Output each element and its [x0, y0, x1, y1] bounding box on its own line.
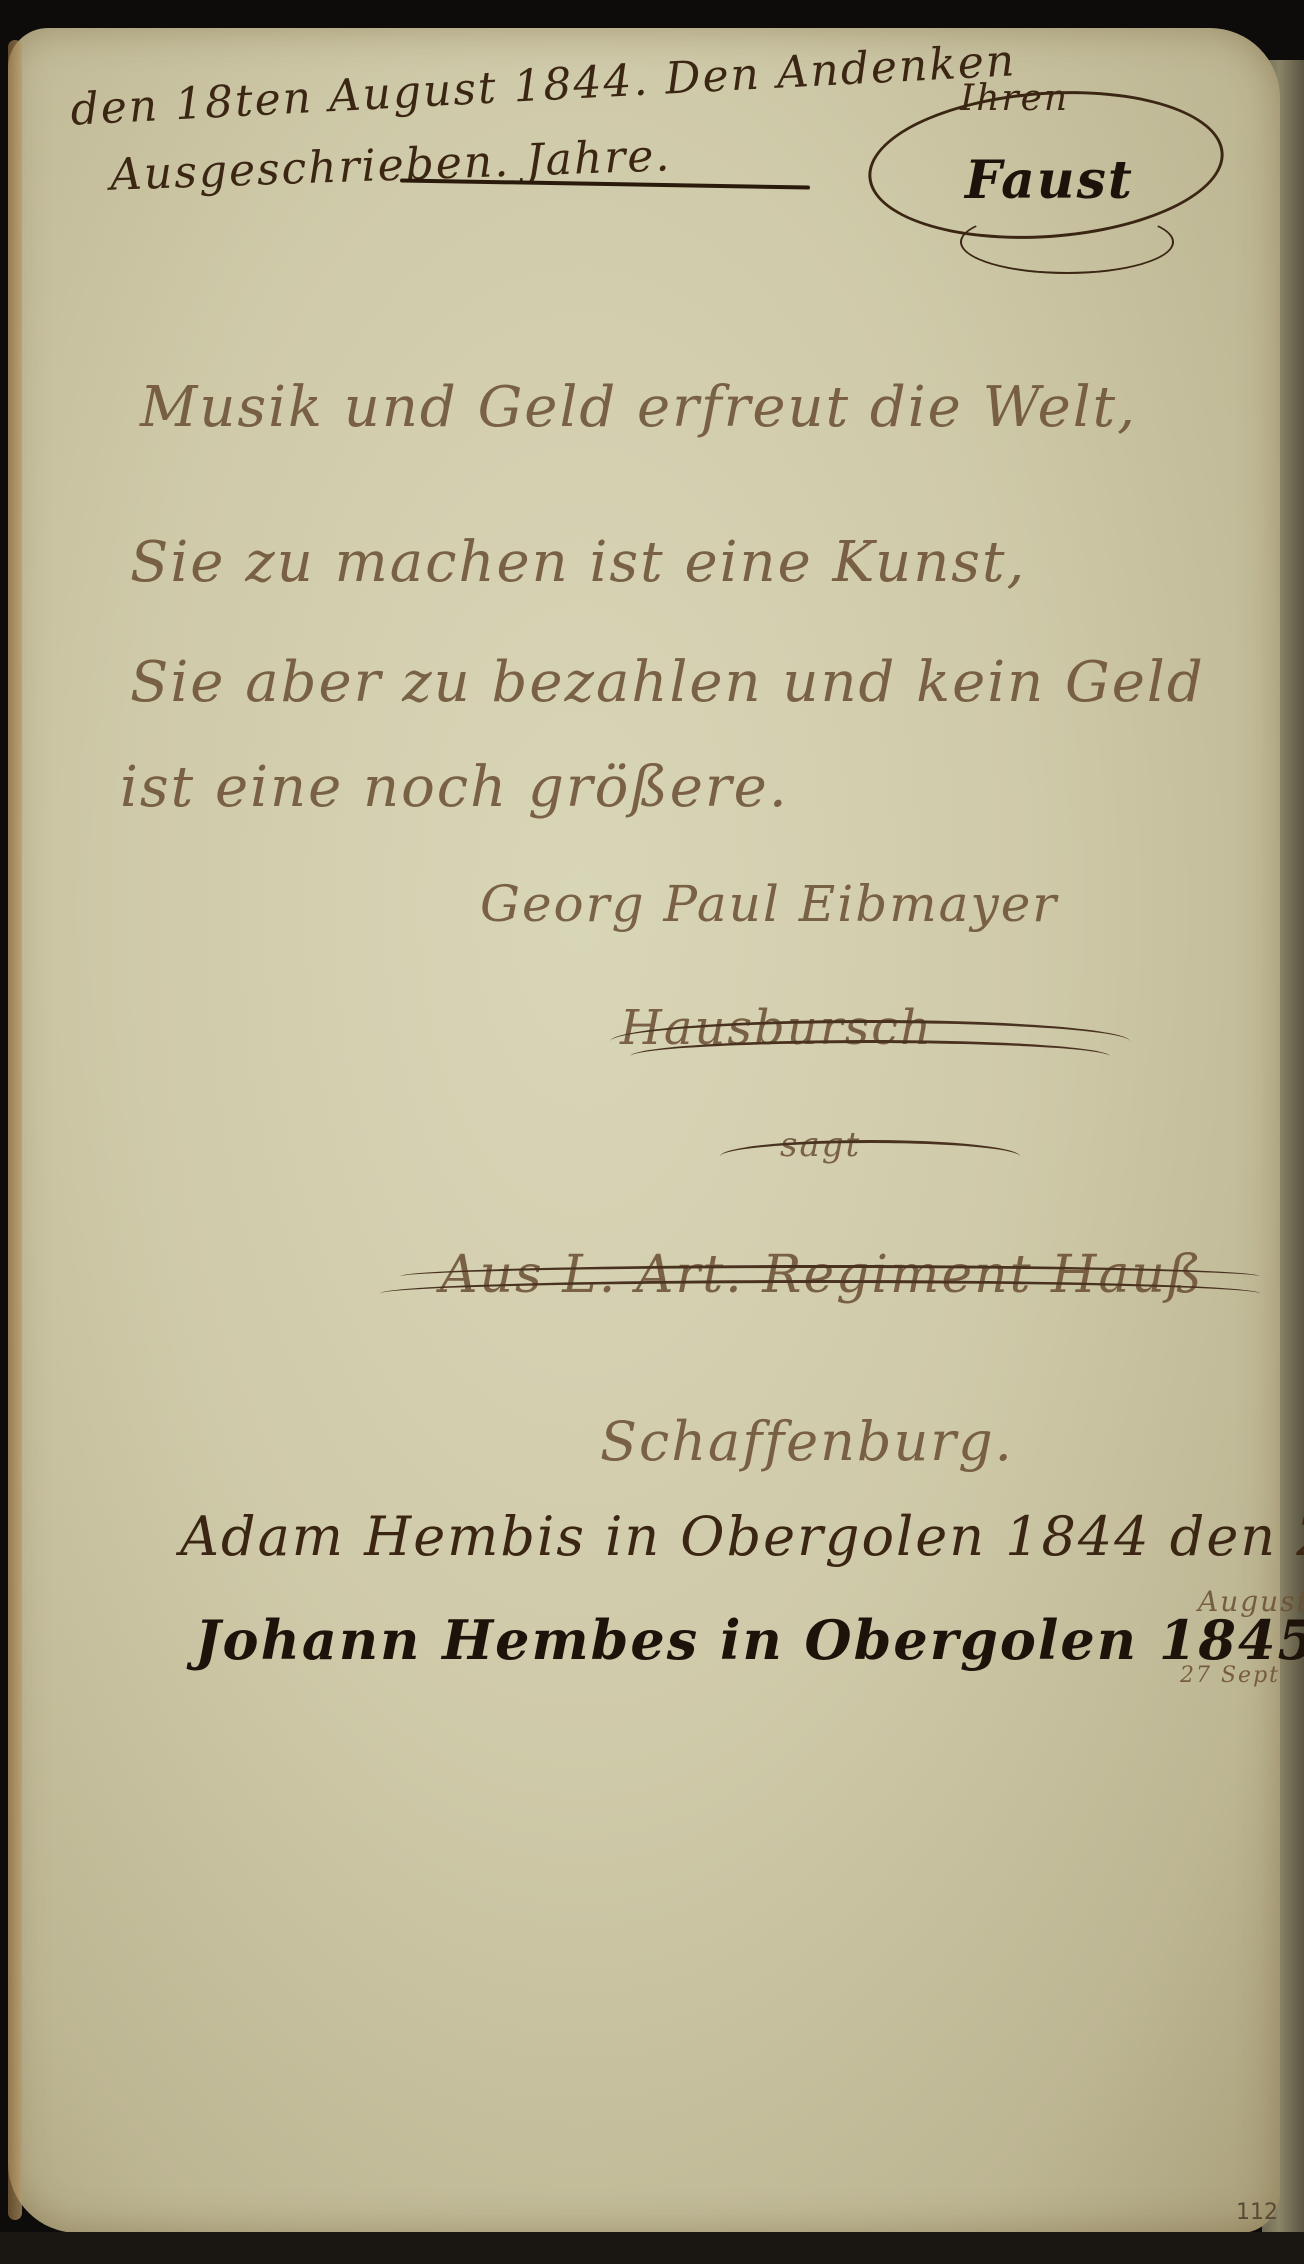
signature-prefix: Ihren [960, 78, 1069, 119]
poem-line-4: ist eine noch größere. [120, 755, 789, 820]
poem-line-1: Musik und Geld erfreut die Welt, [140, 375, 1137, 440]
entry-2-side-note: 27 Sept [1180, 1663, 1280, 1688]
entry-line-2: Johann Hembes in Obergolen 1845 den [195, 1608, 1304, 1672]
book-bottom-edge [0, 2232, 1304, 2264]
poem-line-2: Sie zu machen ist eine Kunst, [130, 530, 1026, 595]
strike-line [380, 1280, 1260, 1307]
entry-line-1: Adam Hembis in Obergolen 1844 den 26 [180, 1505, 1304, 1568]
poem-line-3: Sie aber zu bezahlen und kein Geld [130, 650, 1205, 715]
signature-flourish-loop [960, 210, 1174, 274]
signature-name: Faust [965, 150, 1134, 211]
scribble-strike [720, 1140, 1020, 1173]
poem-signature: Georg Paul Eibmayer [480, 875, 1058, 933]
closing-signature: Schaffenburg. [600, 1410, 1014, 1473]
scribble-strike [630, 1040, 1110, 1073]
manuscript-page [8, 28, 1280, 2233]
page-number: 112 [1236, 2200, 1278, 2225]
page-edge [8, 40, 22, 2220]
